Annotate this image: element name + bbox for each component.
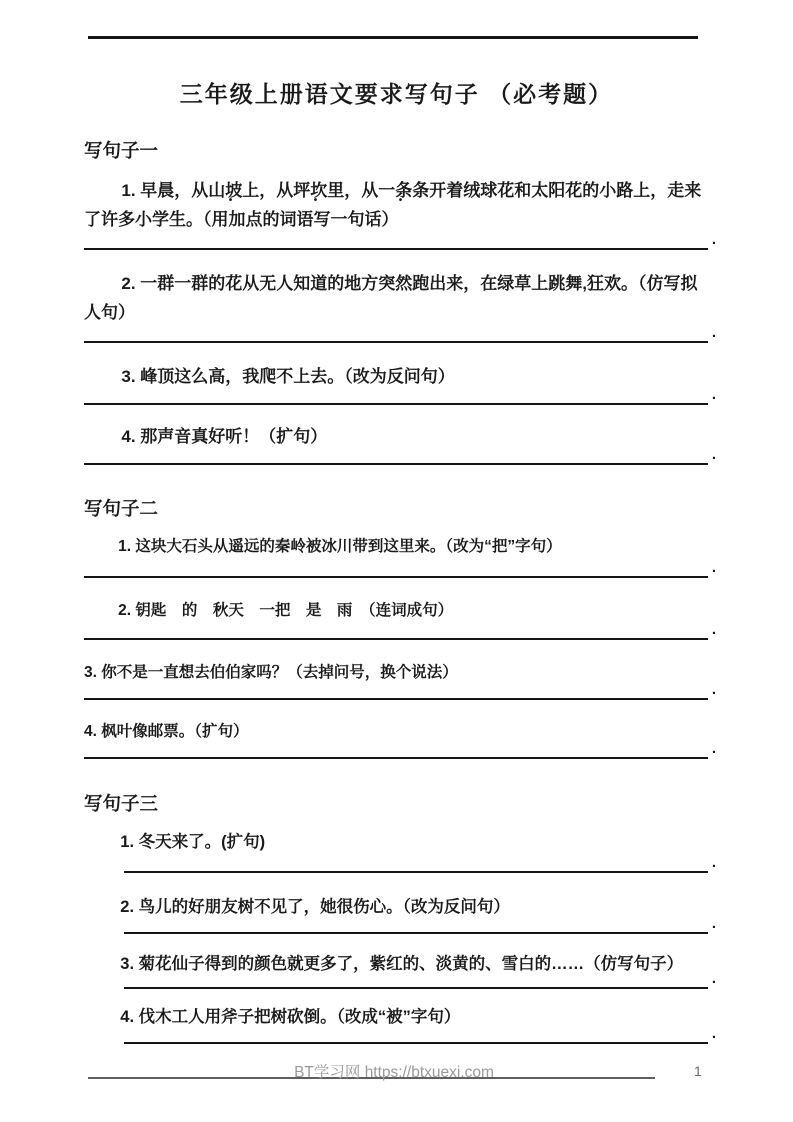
emphasis-dotted-char: 从 xyxy=(191,181,208,200)
answer-blank-line[interactable]: . xyxy=(124,921,708,934)
end-period: . xyxy=(712,622,716,637)
question-text: 4. 那声音真好听！（扩句） xyxy=(84,422,708,451)
emphasis-dotted-char: 从 xyxy=(361,181,378,200)
end-period: . xyxy=(712,855,716,870)
worksheet-section-2: 写句子二1. 这块大石头从遥远的秦岭被冰川带到这里来。（改为“把”字句）.2. … xyxy=(84,498,708,759)
question-text: 2. 钥匙 的 秋天 一把 是 雨 （连词成句） xyxy=(84,598,708,624)
end-period: . xyxy=(712,741,716,756)
question-text: 2. 一群一群的花从无人知道的地方突然跑出来，在绿草上跳舞,狂欢。（仿写拟人句） xyxy=(84,269,708,327)
question-text: 3. 峰顶这么高，我爬不上去。（改为反问句） xyxy=(84,362,708,391)
end-period: . xyxy=(712,447,716,462)
question-text: 1. 早晨，从山坡上，从坪坎里，从一条条开着绒球花和太阳花的小路上，走来了许多小… xyxy=(84,176,708,234)
answer-blank-line[interactable]: . xyxy=(84,560,708,578)
end-period: . xyxy=(712,560,716,575)
end-period: . xyxy=(712,682,716,697)
answer-blank-line[interactable]: . xyxy=(84,327,708,343)
question-text: 3. 你不是一直想去伯伯家吗？（去掉问号，换个说法） xyxy=(84,660,708,686)
answer-blank-line[interactable]: . xyxy=(84,234,708,250)
end-period: . xyxy=(712,325,716,340)
end-period: . xyxy=(712,1026,716,1041)
answer-blank-line[interactable]: . xyxy=(84,624,708,640)
end-period: . xyxy=(712,916,716,931)
answer-blank-line[interactable]: . xyxy=(124,856,708,873)
section-heading: 写句子二 xyxy=(84,498,708,520)
question-text: 4. 伐木工人用斧子把树砍倒。（改成“被”字句） xyxy=(84,1004,708,1031)
footer-site-name: BT学习网 xyxy=(294,1064,360,1081)
end-period: . xyxy=(712,387,716,402)
worksheet-page: 三年级上册语文要求写句子 （必考题） 写句子一1. 早晨，从山坡上，从坪坎里，从… xyxy=(0,0,793,1122)
question-text: 2. 鸟儿的好朋友树不见了，她很伤心。（改为反问句） xyxy=(84,894,708,921)
header-rule xyxy=(88,36,698,39)
answer-blank-line[interactable]: . xyxy=(84,391,708,405)
question-text: 3. 菊花仙子得到的颜色就更多了，紫红的、淡黄的、雪白的……（仿写句子） xyxy=(84,951,708,978)
answer-blank-line[interactable]: . xyxy=(124,978,708,989)
footer-credit[interactable]: BT学习网 https://btxuexi.com xyxy=(88,1060,700,1082)
worksheet-section-1: 写句子一1. 早晨，从山坡上，从坪坎里，从一条条开着绒球花和太阳花的小路上，走来… xyxy=(84,140,708,465)
footer-url[interactable]: https://btxuexi.com xyxy=(365,1064,494,1081)
section-heading: 写句子三 xyxy=(84,793,708,815)
end-period: . xyxy=(712,232,716,247)
end-period: . xyxy=(712,971,716,986)
emphasis-dotted-char: 从 xyxy=(276,181,293,200)
worksheet-section-3: 写句子三1. 冬天来了。(扩句).2. 鸟儿的好朋友树不见了，她很伤心。（改为反… xyxy=(84,793,708,1044)
answer-blank-line[interactable]: . xyxy=(84,451,708,465)
question-text: 1. 这块大石头从遥远的秦岭被冰川带到这里来。（改为“把”字句） xyxy=(84,534,708,560)
answer-blank-line[interactable]: . xyxy=(84,686,708,700)
page-title: 三年级上册语文要求写句子 （必考题） xyxy=(0,76,793,109)
question-text: 1. 冬天来了。(扩句) xyxy=(84,829,708,856)
section-heading: 写句子一 xyxy=(84,140,708,162)
answer-blank-line[interactable]: . xyxy=(84,745,708,759)
answer-blank-line[interactable]: . xyxy=(124,1031,708,1044)
question-text: 4. 枫叶像邮票。（扩句） xyxy=(84,719,708,745)
